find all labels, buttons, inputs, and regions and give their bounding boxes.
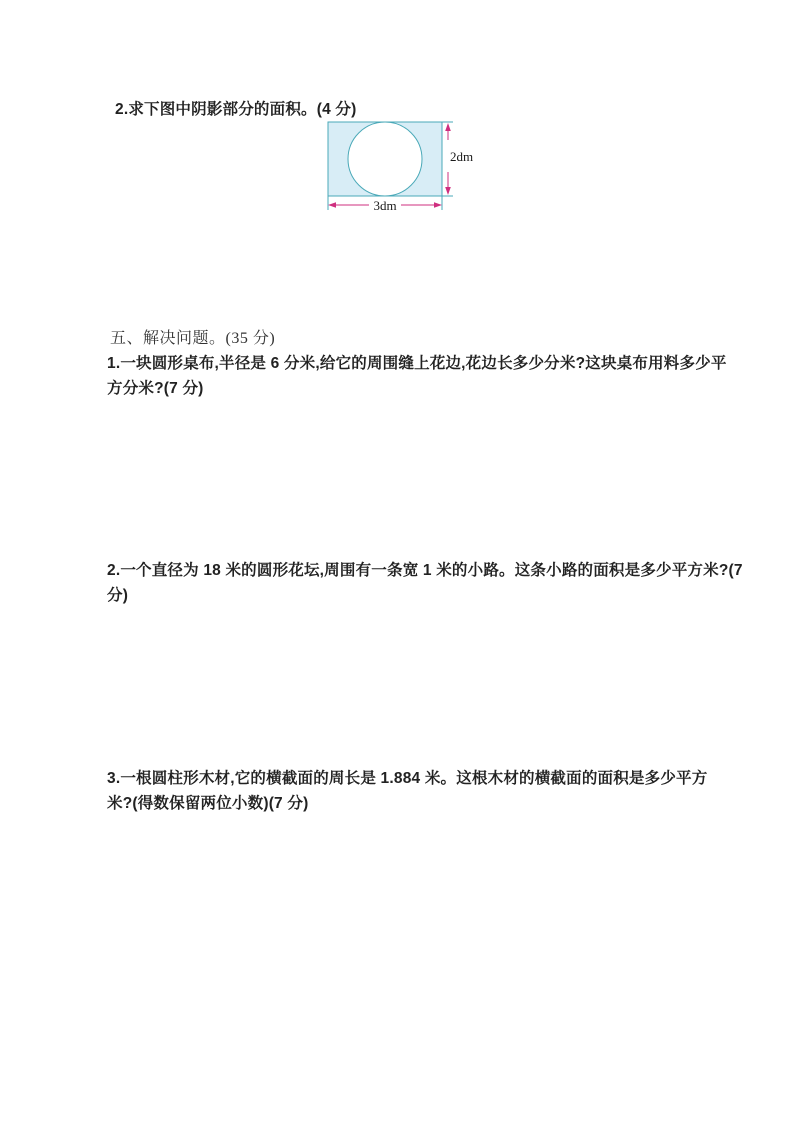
- shaded-area-figure: 2dm 3dm: [320, 115, 490, 225]
- problem-2: 2.一个直径为 18 米的圆形花坛,周围有一条宽 1 米的小路。这条小路的面积是…: [107, 558, 743, 608]
- arrow-up-icon: [445, 123, 451, 131]
- section-heading: 五、解决问题。(35 分): [110, 329, 275, 349]
- problem-1: 1.一块圆形桌布,半径是 6 分米,给它的周围缝上花边,花边长多少分米?这块桌布…: [107, 351, 727, 401]
- problem-1-line-2: 方分米?(7 分): [107, 376, 727, 401]
- problem-2-line-2: 分): [107, 583, 743, 608]
- problem-2-line-1: 2.一个直径为 18 米的圆形花坛,周围有一条宽 1 米的小路。这条小路的面积是…: [107, 558, 743, 583]
- inscribed-circle: [348, 122, 422, 196]
- arrow-right-icon: [434, 202, 442, 207]
- problem-1-line-1: 1.一块圆形桌布,半径是 6 分米,给它的周围缝上花边,花边长多少分米?这块桌布…: [107, 351, 727, 376]
- arrow-down-icon: [445, 187, 451, 195]
- arrow-left-icon: [328, 202, 336, 207]
- width-dimension-label: 3dm: [373, 198, 396, 213]
- worksheet-page: 2.求下图中阴影部分的面积。(4 分) 2dm 3dm 五、解决问题。(35 分…: [0, 0, 793, 1122]
- height-dimension-label: 2dm: [450, 149, 473, 164]
- problem-3-line-2: 米?(得数保留两位小数)(7 分): [107, 791, 707, 816]
- problem-3: 3.一根圆柱形木材,它的横截面的周长是 1.884 米。这根木材的横截面的面积是…: [107, 766, 707, 816]
- problem-3-line-1: 3.一根圆柱形木材,它的横截面的周长是 1.884 米。这根木材的横截面的面积是…: [107, 766, 707, 791]
